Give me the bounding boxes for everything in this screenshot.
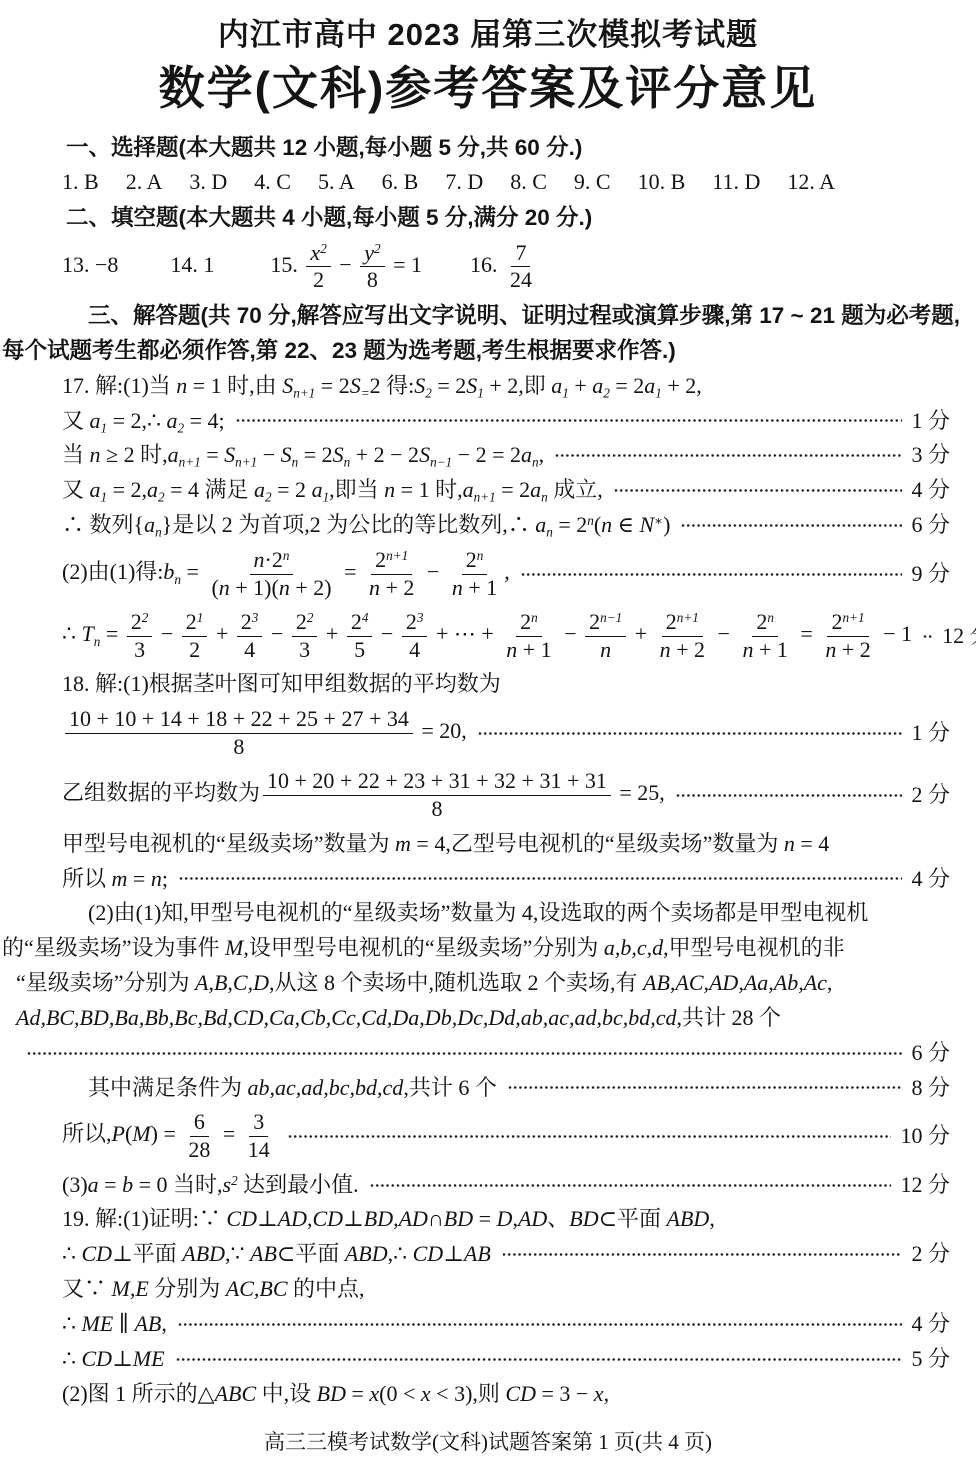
text: 3 (134, 637, 145, 662)
text: + 1 (517, 637, 551, 662)
q17-step1: 17. 解:(1)当 n = 1 时,由 Sn+1 = 2S=2 得:S2 = … (0, 373, 976, 400)
math-text: S (414, 373, 425, 398)
line-content: ∴ ME ∥ AB, (62, 1311, 167, 1338)
math-text: a (168, 442, 179, 467)
text: = 4 (795, 831, 829, 856)
text: 的中点, (288, 1276, 365, 1301)
score-label: 8 分 (911, 1075, 950, 1102)
text: 2 (520, 609, 531, 634)
fraction: 212 (182, 610, 208, 662)
text: 又 (62, 477, 90, 502)
sub-script: n+1 (179, 455, 201, 470)
math-text: n (452, 575, 463, 600)
score-label: 12 分 (942, 623, 976, 650)
math-text: b (122, 1172, 133, 1197)
text: − 2 = 2 (452, 442, 521, 467)
sup-script: 2 (231, 1172, 238, 1187)
math-text: M (132, 1122, 150, 1147)
dotted-leader (676, 794, 903, 797)
dotted-leader (176, 1358, 903, 1361)
fraction: 2nn + 1 (502, 610, 555, 662)
score-label: 4 分 (911, 477, 950, 504)
line-content: 18. 解:(1)根据茎叶图可知甲组数据的平均数为 (62, 671, 501, 698)
text: 的“星级卖场”设为事件 (2, 935, 225, 960)
math-text: n (90, 442, 101, 467)
text: + 2 (671, 637, 705, 662)
text: 12. A (787, 169, 835, 194)
text: 2. A (126, 169, 163, 194)
text: ∴ 数列{ (62, 512, 144, 537)
math-text: ABD (182, 1241, 225, 1266)
fraction: 234 (237, 610, 263, 662)
text: ≥ 2 时, (101, 442, 168, 467)
text: ∴ (62, 1346, 82, 1371)
text: = 25, (614, 781, 665, 806)
sub-script: = (361, 385, 370, 400)
math-text: D (497, 1206, 513, 1231)
text: 2 (375, 547, 386, 572)
text: + 1 (753, 637, 787, 662)
math-text: a (312, 477, 323, 502)
text: 5. A (318, 169, 355, 194)
line-content: 1. B2. A3. D4. C5. A6. B7. D8. C9. C10. … (62, 169, 835, 196)
text: + 2 − 2 (350, 442, 419, 467)
text: ·2 (265, 547, 283, 572)
q17-step5: ∴ 数列{an}是以 2 为首项,2 为公比的等比数列,∴ an = 2n(n … (0, 512, 976, 539)
text: (2)由(1)知,甲型号电视机的“星级卖场”数量为 4,设选取的两个卖场都是甲型… (88, 900, 868, 925)
q19-step2: ∴ CD⊥平面 ABD,∵ AB⊂平面 ABD,∴ CD⊥AB2 分 (0, 1241, 976, 1268)
line-content: 当 n ≥ 2 时,an+1 = Sn+1 − Sn = 2Sn + 2 − 2… (62, 442, 544, 469)
text: + (629, 621, 652, 646)
math-text: a (535, 512, 546, 537)
text: = (100, 621, 123, 646)
text: − (421, 559, 444, 584)
text: + (569, 373, 592, 398)
text: = 1 时,由 (187, 373, 282, 398)
sub-script: n (541, 490, 548, 505)
text: − (265, 621, 288, 646)
fraction: 2n−1n (585, 610, 626, 662)
sup-script: 3 (252, 610, 259, 625)
sup-script: 4 (362, 610, 369, 625)
sup-script: 2 (142, 610, 149, 625)
dotted-leader (502, 1253, 903, 1256)
document-lines: 一、选择题(本大题共 12 小题,每小题 5 分,共 60 分.)1. B2. … (0, 126, 976, 1407)
text: = (127, 866, 150, 891)
math-text: S (419, 442, 430, 467)
text: 6 (194, 1109, 205, 1134)
q18-step8: “星级卖场”分别为 A,B,C,D,从这 8 个卖场中,随机选取 2 个卖场,有… (0, 970, 976, 997)
text: 14. 1 (170, 252, 214, 277)
score-label: 3 分 (911, 442, 950, 469)
sup-script: n−1 (600, 610, 622, 625)
line-content: 甲型号电视机的“星级卖场”数量为 m = 4,乙型号电视机的“星级卖场”数量为 … (62, 831, 829, 858)
text: − (375, 621, 398, 646)
text: ⊂平面 (599, 1206, 667, 1231)
score-label: 6 分 (911, 1040, 950, 1067)
line-content: Ad,BC,BD,Ba,Bb,Bc,Bd,CD,Ca,Cb,Cc,Cd,Da,D… (16, 1005, 781, 1032)
math-text: ABD (667, 1206, 710, 1231)
fraction: x22 (306, 241, 330, 293)
text: ,共计 28 个 (677, 1005, 782, 1030)
line-content: 17. 解:(1)当 n = 1 时,由 Sn+1 = 2S=2 得:S2 = … (62, 373, 702, 400)
fraction: 223 (127, 610, 153, 662)
sub-script: 1 (477, 385, 484, 400)
math-text: y (364, 240, 374, 265)
math-text: AB (250, 1241, 277, 1266)
text: 4. C (254, 169, 291, 194)
text: 2 (313, 267, 324, 292)
text: = 1 (388, 252, 422, 277)
math-text: AD (399, 1206, 428, 1231)
sup-script: n+1 (386, 548, 408, 563)
sup-script: 1 (197, 610, 204, 625)
q18-step10: 6 分 (0, 1040, 976, 1067)
text: 所以 (62, 866, 112, 891)
text: + (210, 621, 233, 646)
fill-answers: 13. −814. 115. x22 − y28 = 116. 724 (0, 240, 976, 294)
line-content: ∴ Tn = 223 − 212 + 234 − 223 + 245 − 234… (62, 609, 912, 663)
q18-step7: 的“星级卖场”设为事件 M,设甲型号电视机的“星级卖场”分别为 a,b,c,d,… (0, 935, 976, 962)
q17-step3: 当 n ≥ 2 时,an+1 = Sn+1 − Sn = 2Sn + 2 − 2… (0, 442, 976, 469)
text: 17. 解:(1)当 (62, 373, 176, 398)
line-content: (2)由(1)知,甲型号电视机的“星级卖场”数量为 4,设选取的两个卖场都是甲型… (88, 900, 868, 927)
math-text: a (147, 477, 158, 502)
line-content: 19. 解:(1)证明:∵ CD⊥AD,CD⊥BD,AD∩BD = D,AD、B… (62, 1206, 715, 1233)
q18-step9: Ad,BC,BD,Ba,Bb,Bc,Bd,CD,Ca,Cb,Cc,Cd,Da,D… (0, 1005, 976, 1032)
line-content: 的“星级卖场”设为事件 M,设甲型号电视机的“星级卖场”分别为 a,b,c,d,… (2, 935, 845, 962)
math-text: a (90, 408, 101, 433)
text: , (161, 1311, 167, 1336)
math-text: ME (82, 1311, 114, 1336)
text: − (712, 621, 735, 646)
math-text: a,b,c,d (604, 935, 663, 960)
line-content: ∴ 数列{an}是以 2 为首项,2 为公比的等比数列,∴ an = 2n(n … (62, 512, 670, 539)
math-text: x (421, 1381, 431, 1406)
text: ) (663, 512, 670, 537)
text: 7 (515, 240, 526, 265)
text: 2 (406, 609, 417, 634)
text: ( (211, 575, 218, 600)
sup-script: 3 (417, 610, 424, 625)
fraction: 724 (506, 241, 536, 293)
text: 10 + 10 + 14 + 18 + 22 + 25 + 27 + 34 (69, 706, 409, 731)
q17-step7: ∴ Tn = 223 − 212 + 234 − 223 + 245 − 234… (0, 609, 976, 663)
page-header: 内江市高中 2023 届第三次模拟考试题 数学(文科)参考答案及评分意见 (0, 16, 976, 116)
text: ⊥ (112, 1346, 133, 1371)
text: ⊥ (257, 1206, 278, 1231)
math-text: S (282, 373, 293, 398)
dotted-leader (508, 1086, 903, 1089)
math-text: M,E (112, 1276, 149, 1301)
text: = 1 时, (395, 477, 462, 502)
section1-header: 一、选择题(本大题共 12 小题,每小题 5 分,共 60 分.) (0, 134, 976, 161)
text: 13. −8 (62, 252, 118, 277)
text: = 2 (610, 373, 644, 398)
math-text: M (225, 935, 243, 960)
fraction: y28 (360, 241, 384, 293)
text: = 2 (432, 373, 466, 398)
text: 2 (589, 609, 600, 634)
sub-script: n+1 (474, 490, 496, 505)
text: 4 (244, 637, 255, 662)
text: − (155, 621, 178, 646)
sup-script: n (283, 548, 290, 563)
sub-script: 1 (562, 385, 569, 400)
text: = 2 (315, 373, 349, 398)
sub-script: 2 (425, 385, 432, 400)
sub-script: n (546, 525, 553, 540)
text: + 2, (662, 373, 702, 398)
text: , (539, 442, 545, 467)
sub-script: n (532, 455, 539, 470)
text: , (504, 559, 510, 584)
q19-step6: (2)图 1 所示的△ABC 中,设 BD = x(0 < x < 3),则 C… (0, 1381, 976, 1408)
math-text: CD (413, 1241, 444, 1266)
text: 2 (666, 609, 677, 634)
math-text: a (644, 373, 655, 398)
text: 甲型号电视机的“星级卖场”数量为 (62, 831, 395, 856)
text: 所以, (62, 1122, 112, 1147)
text: = 4 满足 (165, 477, 254, 502)
math-text: n (151, 866, 162, 891)
text: ∥ (113, 1311, 134, 1336)
math-text: a (90, 477, 101, 502)
text: 8. C (510, 169, 547, 194)
text: = 2 (298, 442, 332, 467)
score-label: 2 分 (911, 782, 950, 809)
text: ∴ (62, 1311, 82, 1336)
math-text: BD (569, 1206, 598, 1231)
text: ∩ (428, 1206, 444, 1231)
line-content: ∴ CD⊥平面 ABD,∵ AB⊂平面 ABD,∴ CD⊥AB (62, 1241, 491, 1268)
sup-script: n (587, 513, 594, 528)
math-text: a (521, 442, 532, 467)
text: 3. D (189, 169, 227, 194)
text: 2 (296, 609, 307, 634)
text: ∈ (612, 512, 639, 537)
text: 8 (367, 267, 378, 292)
math-text: x (310, 240, 320, 265)
text: − (559, 621, 582, 646)
math-text: T (82, 621, 94, 646)
math-text: m (395, 831, 411, 856)
fraction: 2nn + 1 (738, 610, 791, 662)
text: = 0 当时, (133, 1172, 222, 1197)
math-text: ab,ac,ad,bc,bd,cd (248, 1075, 404, 1100)
math-text: n (369, 575, 380, 600)
text: 中,设 (256, 1381, 317, 1406)
math-text: P (112, 1122, 125, 1147)
math-text: n (600, 637, 611, 662)
text: + 1)( (230, 575, 279, 600)
math-text: x (369, 1381, 379, 1406)
text: 2 (351, 609, 362, 634)
text: ,即当 (329, 477, 384, 502)
math-text: S (333, 442, 344, 467)
text: 4 (409, 637, 420, 662)
text: 又 (62, 408, 90, 433)
text: 又∵ (62, 1276, 112, 1301)
math-text: BD (444, 1206, 473, 1231)
fraction: 2nn + 1 (448, 548, 501, 600)
text: 成立, (548, 477, 603, 502)
dotted-leader (478, 732, 903, 735)
text: = 2 (272, 477, 312, 502)
dotted-leader (681, 524, 902, 527)
math-text: n (506, 637, 517, 662)
math-text: AB (464, 1241, 491, 1266)
math-text: CD (312, 1206, 343, 1231)
text: = 2, (107, 477, 147, 502)
text: 5 (354, 637, 365, 662)
sub-script: n+1 (235, 455, 257, 470)
score-label: 4 分 (911, 1311, 950, 1338)
sub-script: 2 (265, 490, 272, 505)
math-text: n (660, 637, 671, 662)
score-label: 2 分 (911, 1241, 950, 1268)
text: = 4,乙型号电视机的“星级卖场”数量为 (411, 831, 784, 856)
math-text: a (530, 477, 541, 502)
math-text: S (350, 373, 361, 398)
math-text: n (254, 547, 265, 572)
exam-answer-page: 内江市高中 2023 届第三次模拟考试题 数学(文科)参考答案及评分意见 一、选… (0, 0, 976, 1472)
text: ) = (151, 1122, 182, 1147)
fraction: 234 (402, 610, 428, 662)
sup-script: n+1 (842, 610, 864, 625)
text: = (217, 1122, 240, 1147)
text: (2)图 1 所示的△ (62, 1381, 215, 1406)
text: 3 (253, 1109, 264, 1134)
q18-step4: 甲型号电视机的“星级卖场”数量为 m = 4,乙型号电视机的“星级卖场”数量为 … (0, 831, 976, 858)
fraction: 2n+1n + 2 (656, 610, 709, 662)
dotted-leader (521, 573, 903, 576)
text: = 2 (553, 512, 587, 537)
sup-script: n+1 (677, 610, 699, 625)
q18-step5: 所以 m = n;4 分 (0, 866, 976, 893)
text: + 2,即 (484, 373, 551, 398)
text: 8 (233, 734, 244, 759)
q18-step11: 其中满足条件为 ab,ac,ad,bc,bd,cd,共计 6 个8 分 (0, 1075, 976, 1102)
text: 三、解答题(共 70 分,解答应写出文字说明、证明过程或演算步骤,第 17 ~ … (88, 303, 960, 328)
score-label: 6 分 (911, 512, 950, 539)
math-text: n (825, 637, 836, 662)
text: 乙组数据的平均数为 (62, 781, 260, 806)
math-text: n (279, 575, 290, 600)
math-text: n (176, 373, 187, 398)
line-content: 所以,P(M) = 628 = 314 (62, 1109, 277, 1163)
text: 分别为 (149, 1276, 226, 1301)
text: − (257, 442, 280, 467)
math-text: S (466, 373, 477, 398)
text: 18. 解:(1)根据茎叶图可知甲组数据的平均数为 (62, 671, 501, 696)
text: ,∵ (225, 1241, 250, 1266)
math-text: AB,AC,AD,Aa,Ab,Ac (643, 970, 827, 995)
math-text: a (463, 477, 474, 502)
math-text: a (167, 408, 178, 433)
text: = (201, 442, 224, 467)
text: 、 (547, 1206, 569, 1231)
line-content: 13. −814. 115. x22 − y28 = 116. 724 (62, 240, 539, 294)
math-text: CD (82, 1241, 113, 1266)
math-text: a (88, 1172, 99, 1197)
line-content: 又 a1 = 2,a2 = 4 满足 a2 = 2 a1,即当 n = 1 时,… (62, 477, 603, 504)
line-content: 乙组数据的平均数为10 + 20 + 22 + 23 + 31 + 32 + 3… (62, 768, 665, 822)
math-text: a (254, 477, 265, 502)
text: + 1 (463, 575, 497, 600)
math-text: CD (226, 1206, 257, 1231)
q17-step4: 又 a1 = 2,a2 = 4 满足 a2 = 2 a1,即当 n = 1 时,… (0, 477, 976, 504)
line-content: 其中满足条件为 ab,ac,ad,bc,bd,cd,共计 6 个 (88, 1075, 497, 1102)
section2-header: 二、填空题(本大题共 4 小题,每小题 5 分,满分 20 分.) (0, 204, 976, 231)
text: 16. (470, 252, 503, 277)
text: 当 (62, 442, 90, 467)
line-content: 所以 m = n; (62, 866, 168, 893)
q19-step3: 又∵ M,E 分别为 AC,BC 的中点, (0, 1276, 976, 1303)
score-label: 10 分 (900, 1123, 950, 1150)
math-text: N (639, 512, 654, 537)
footer-text: 高三三模考试数学(文科)试题答案第 1 页(共 4 页) (264, 1430, 712, 1454)
line-content: 10 + 10 + 14 + 18 + 22 + 25 + 27 + 348 =… (62, 706, 467, 760)
math-text: ME (133, 1346, 165, 1371)
text: ,从这 8 个卖场中,随机选取 2 个卖场,有 (269, 970, 643, 995)
math-text: AB (134, 1311, 161, 1336)
sup-script: 2 (374, 240, 381, 255)
text: = 20, (416, 718, 467, 743)
text: = 3 − (536, 1381, 594, 1406)
fraction: 2n+1n + 2 (821, 610, 874, 662)
math-text: a (592, 373, 603, 398)
sup-script: ∗ (654, 513, 663, 528)
text: , (709, 1206, 715, 1231)
sub-script: n (155, 525, 162, 540)
dotted-leader (614, 489, 903, 492)
q18-step13: (3)a = b = 0 当时,s2 达到最小值.12 分 (0, 1172, 976, 1199)
text: (2)由(1)得: (62, 559, 163, 584)
text: 2 (756, 609, 767, 634)
sup-script: 2 (307, 610, 314, 625)
dotted-leader (923, 635, 933, 638)
line-content: 三、解答题(共 70 分,解答应写出文字说明、证明过程或演算步骤,第 17 ~ … (88, 302, 960, 329)
text: 24 (510, 267, 532, 292)
score-label: 9 分 (911, 561, 950, 588)
math-text: a (551, 373, 562, 398)
math-text: AD (278, 1206, 307, 1231)
text: ,∴ (388, 1241, 413, 1266)
text: + 2 (836, 637, 870, 662)
text: 11. D (712, 169, 760, 194)
sub-script: n+1 (293, 385, 315, 400)
text: = (99, 1172, 122, 1197)
q18-step12: 所以,P(M) = 628 = 31410 分 (0, 1109, 976, 1163)
text: 2 (241, 609, 252, 634)
line-content: (2)图 1 所示的△ABC 中,设 BD = x(0 < x < 3),则 C… (62, 1381, 609, 1408)
sub-script: n−1 (430, 455, 452, 470)
fraction: 10 + 10 + 14 + 18 + 22 + 25 + 27 + 348 (65, 707, 413, 759)
math-text: m (112, 866, 128, 891)
text: 3 (299, 637, 310, 662)
math-text: n (219, 575, 230, 600)
sub-script: 1 (655, 385, 662, 400)
text: ⊂平面 (277, 1241, 345, 1266)
line-content: (3)a = b = 0 当时,s2 达到最小值. (62, 1172, 359, 1199)
score-label: 1 分 (911, 720, 950, 747)
text: ⊥ (443, 1241, 464, 1266)
q18-step2: 10 + 10 + 14 + 18 + 22 + 25 + 27 + 348 =… (0, 706, 976, 760)
fraction: n·2n(n + 1)(n + 2) (207, 548, 335, 600)
line-content: 一、选择题(本大题共 12 小题,每小题 5 分,共 60 分.) (66, 134, 582, 161)
math-text: S (281, 442, 292, 467)
